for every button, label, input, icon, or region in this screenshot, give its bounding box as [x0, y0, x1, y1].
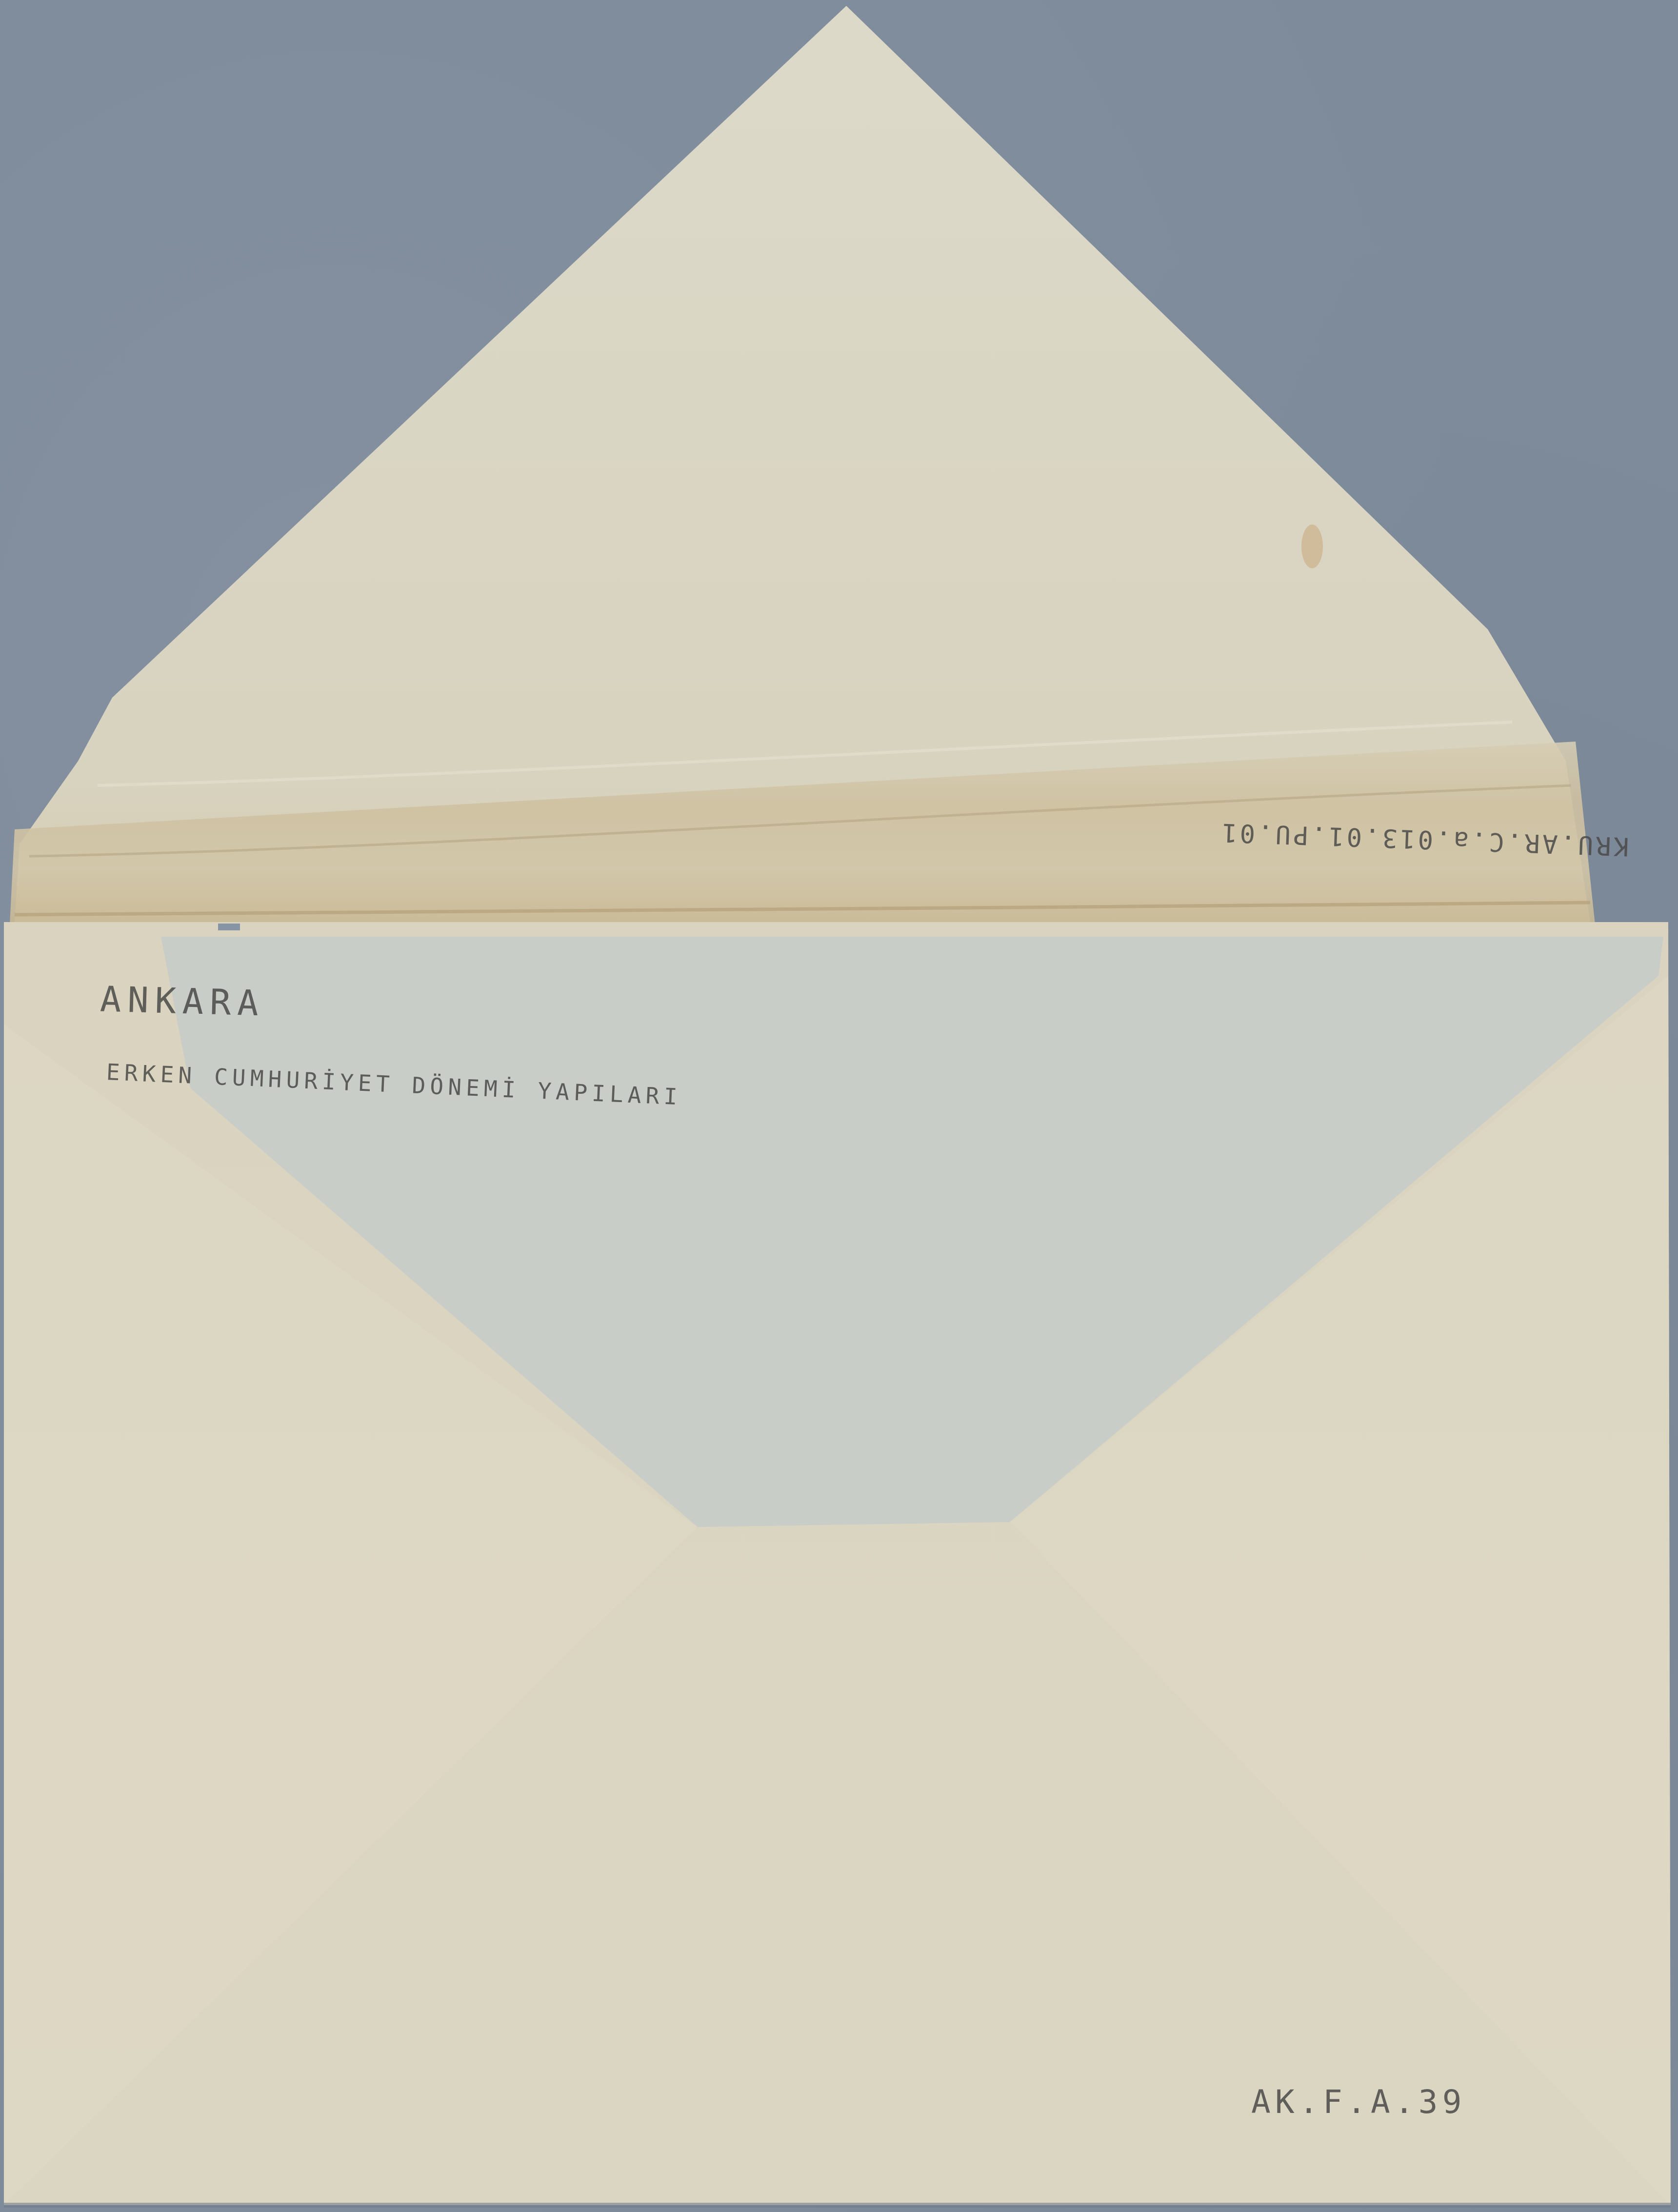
city-label: ANKARA	[100, 979, 265, 1024]
archive-code: AK.F.A.39	[1251, 2083, 1466, 2121]
envelope-body	[4, 922, 1671, 2208]
envelope-flap	[10, 6, 1595, 925]
envelope	[0, 0, 1678, 2212]
